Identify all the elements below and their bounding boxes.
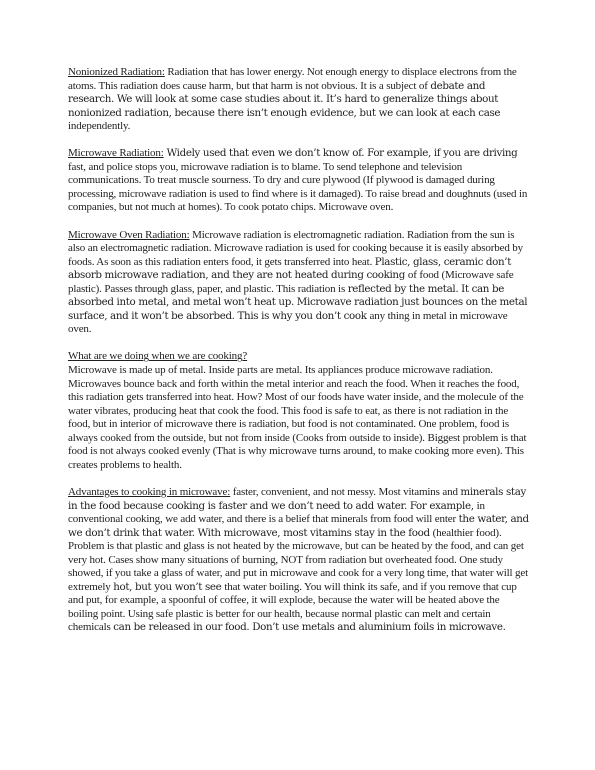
document-page: Nonionized Radiation: Radiation that has… xyxy=(0,0,595,770)
text-run: fast, and police stops you, microwave ra… xyxy=(68,161,527,214)
paragraph-microwave-oven-radiation: Microwave Oven Radiation: Microwave radi… xyxy=(68,229,531,337)
section-heading-advantages: Advantages to cooking in microwave: xyxy=(68,486,230,498)
text-run: Widely used that even we don’t know of. … xyxy=(164,147,518,159)
section-heading-microwave-radiation: Microwave Radiation: xyxy=(68,147,164,159)
section-heading-what-are-we-doing: What are we doing when we are cooking? xyxy=(68,350,531,364)
paragraph-what-are-we-doing: What are we doing when we are cooking?Mi… xyxy=(68,350,531,472)
paragraph-microwave-radiation: Microwave Radiation: Widely used that ev… xyxy=(68,147,531,215)
text-run: hot, but you won’t see xyxy=(113,581,224,593)
paragraph-advantages: Advantages to cooking in microwave: fast… xyxy=(68,486,531,635)
section-heading-nonionized-radiation: Nonionized Radiation: xyxy=(68,66,165,78)
text-run: independently. xyxy=(68,120,130,132)
section-heading-microwave-oven-radiation: Microwave Oven Radiation: xyxy=(68,229,190,241)
text-run: Microwave is made up of metal. Inside pa… xyxy=(68,364,526,471)
paragraph-nonionized-radiation: Nonionized Radiation: Radiation that has… xyxy=(68,66,531,134)
text-run: faster, convenient, and not messy. Most … xyxy=(230,486,460,498)
text-run: can be released in our food. Don’t use m… xyxy=(113,621,505,633)
